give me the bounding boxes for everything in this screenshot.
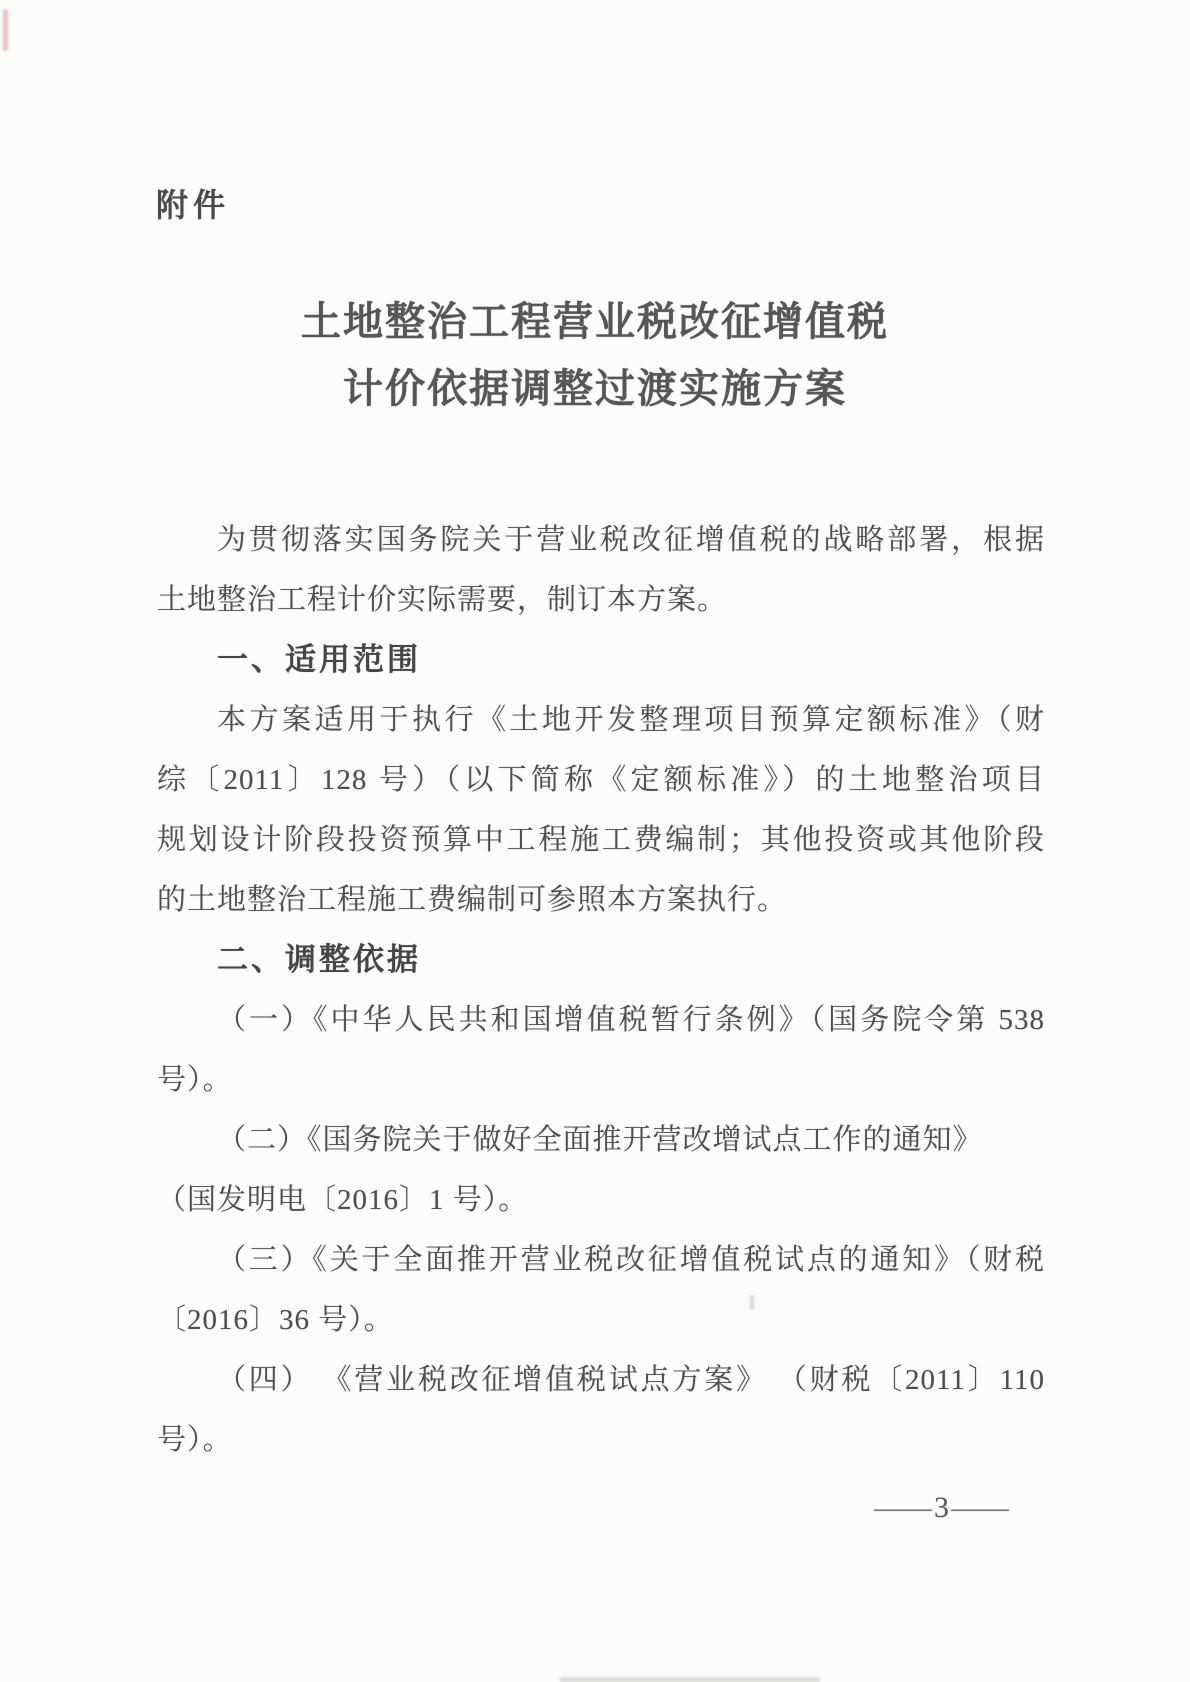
text-line-7: 的土地整治工程施工费编制可参照本方案执行。 — [157, 870, 1045, 930]
bottom-scan-smudge — [560, 1677, 820, 1682]
text-line-3: 一、适用范围 — [157, 630, 1045, 690]
red-scan-mark — [3, 9, 8, 51]
title-line-1: 土地整治工程营业税改征增值税 — [0, 288, 1190, 355]
text-line-2: 土地整治工程计价实际需要，制订本方案。 — [157, 570, 1045, 630]
text-line-1: 为贯彻落实国务院关于营业税改征增值税的战略部署，根据 — [157, 510, 1045, 570]
text-line-10: 号）。 — [157, 1050, 1045, 1110]
text-line-6: 规划设计阶段投资预算中工程施工费编制；其他投资或其他阶段 — [157, 810, 1045, 870]
document-title: 土地整治工程营业税改征增值税 计价依据调整过渡实施方案 — [0, 288, 1190, 422]
text-line-11: （二）《国务院关于做好全面推开营改增试点工作的通知》 — [157, 1110, 1045, 1170]
text-line-16: 号）。 — [157, 1410, 1045, 1470]
footer-dash-left: — — [875, 1491, 932, 1525]
attachment-label: 附件 — [156, 180, 230, 226]
footer-dash-right: — — [952, 1491, 1009, 1525]
page-footer: — 3 — — [888, 1486, 995, 1530]
text-line-9: （一）《中华人民共和国增值税暂行条例》（国务院令第 538 — [157, 990, 1045, 1050]
text-line-15: （四） 《营业税改征增值税试点方案》 （财税〔2011〕110 — [157, 1350, 1045, 1410]
document-body: 为贯彻落实国务院关于营业税改征增值税的战略部署，根据土地整治工程计价实际需要，制… — [157, 510, 1045, 1470]
page-container: 附件 土地整治工程营业税改征增值税 计价依据调整过渡实施方案 为贯彻落实国务院关… — [0, 0, 1190, 1682]
text-line-5: 综〔2011〕128 号）（以下简称《定额标准》）的土地整治项目 — [157, 750, 1045, 810]
text-line-4: 本方案适用于执行《土地开发整理项目预算定额标准》（财 — [157, 690, 1045, 750]
title-line-2: 计价依据调整过渡实施方案 — [0, 355, 1190, 422]
page-number: 3 — [934, 1491, 949, 1525]
text-line-12: （国发明电〔2016〕1 号）。 — [157, 1170, 1045, 1230]
text-line-8: 二、调整依据 — [157, 930, 1045, 990]
text-line-14: 〔2016〕36 号）。 — [157, 1290, 1045, 1350]
text-line-13: （三）《关于全面推开营业税改征增值税试点的通知》（财税 — [157, 1230, 1045, 1290]
